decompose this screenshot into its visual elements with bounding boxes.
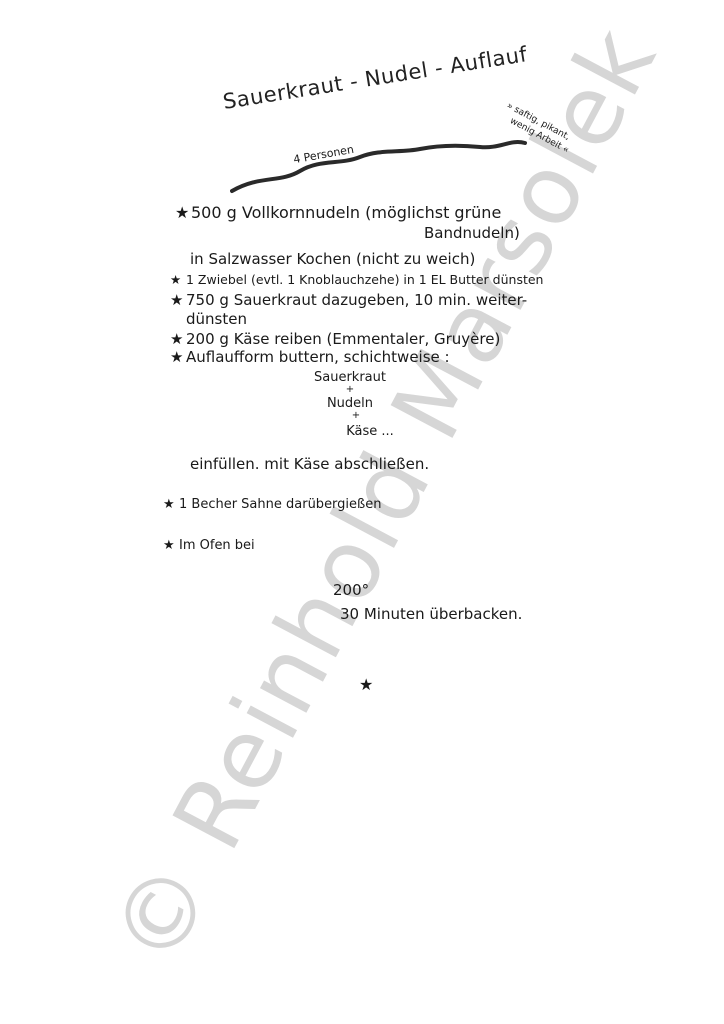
- fill-step: einfüllen. mit Käse abschließen.: [190, 455, 429, 473]
- title-underline-squiggle: [230, 125, 530, 195]
- oven-step: ★Im Ofen bei: [163, 538, 255, 553]
- step-layering: ★Auflaufform buttern, schichtweise :: [170, 348, 450, 366]
- oven-temperature: 200°: [333, 581, 369, 599]
- star-bullet-icon: ★: [170, 272, 186, 287]
- star-bullet-icon: ★: [170, 291, 186, 309]
- recipe-title-block: Sauerkraut - Nudel - Auflauf: [221, 42, 529, 114]
- layer-plus: +: [296, 410, 416, 421]
- step-text: 1 Zwiebel (evtl. 1 Knoblauchzehe) in 1 E…: [186, 272, 543, 287]
- recipe-page: Sauerkraut - Nudel - Auflauf 4 Personen …: [0, 0, 724, 1024]
- star-bullet-icon: ★: [170, 330, 186, 348]
- star-bullet-icon: ★: [163, 497, 179, 512]
- star-bullet-icon: ★: [163, 538, 179, 553]
- step-text: Im Ofen bei: [179, 538, 255, 553]
- step-boil: in Salzwasser Kochen (nicht zu weich): [190, 250, 475, 268]
- layer-nudeln: Nudeln: [290, 396, 410, 411]
- step-onion: ★1 Zwiebel (evtl. 1 Knoblauchzehe) in 1 …: [170, 272, 543, 287]
- step-text: Auflaufform buttern, schichtweise :: [186, 348, 450, 366]
- end-star-icon: ★: [359, 675, 373, 694]
- star-bullet-icon: ★: [170, 348, 186, 366]
- step-noodles-cont: Bandnudeln): [424, 224, 520, 242]
- step-text: 750 g Sauerkraut dazugeben, 10 min. weit…: [186, 291, 527, 309]
- step-text: 200 g Käse reiben (Emmentaler, Gruyère): [186, 330, 500, 348]
- step-text: 500 g Vollkornnudeln (möglichst grüne: [191, 203, 501, 222]
- step-cheese: ★200 g Käse reiben (Emmentaler, Gruyère): [170, 330, 500, 348]
- bake-time: 30 Minuten überbacken.: [340, 605, 522, 623]
- step-text: 1 Becher Sahne darübergießen: [179, 497, 381, 512]
- star-bullet-icon: ★: [175, 203, 191, 222]
- cream-step: ★1 Becher Sahne darübergießen: [163, 497, 381, 512]
- layer-sauerkraut: Sauerkraut: [290, 370, 410, 385]
- layer-kaese: Käse ...: [310, 424, 430, 439]
- step-noodles: ★500 g Vollkornnudeln (möglichst grüne: [175, 203, 501, 222]
- recipe-title: Sauerkraut - Nudel - Auflauf: [221, 42, 529, 114]
- step-sauerkraut: ★750 g Sauerkraut dazugeben, 10 min. wei…: [170, 291, 527, 309]
- step-sauerkraut-cont: dünsten: [186, 310, 247, 328]
- layer-plus: +: [290, 384, 410, 395]
